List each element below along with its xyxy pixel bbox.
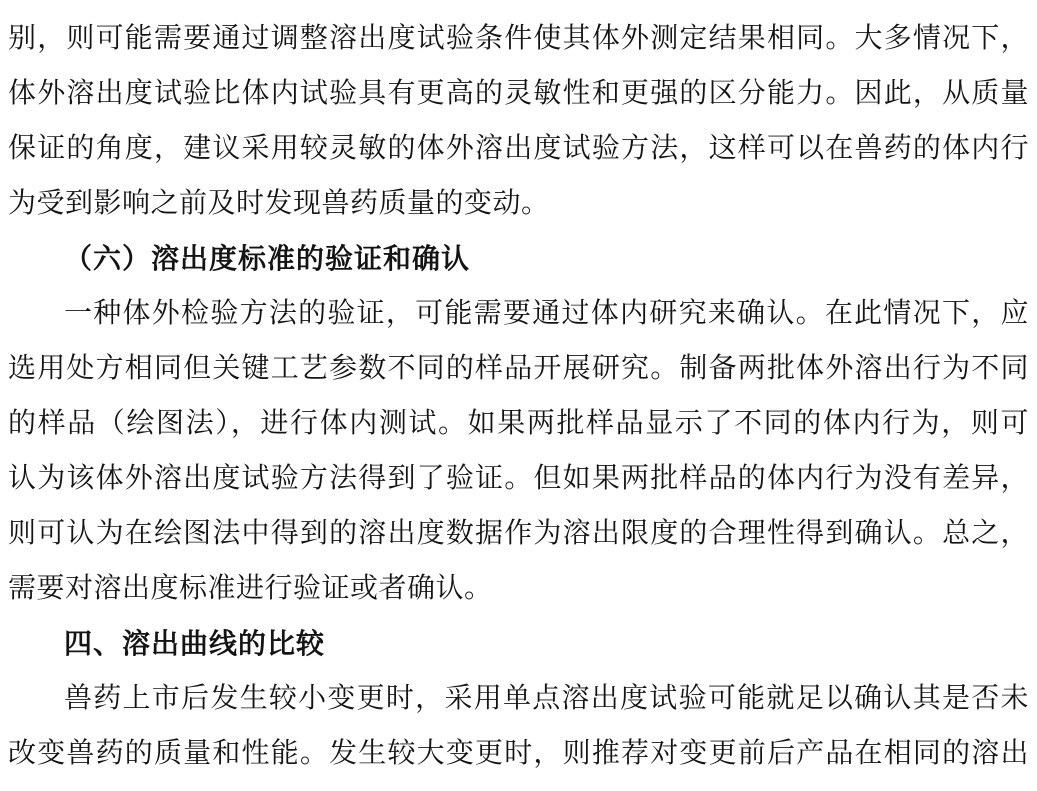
text-line: 需要对溶出度标准进行验证或者确认。 xyxy=(8,561,1029,616)
text-line: 体外溶出度试验比体内试验具有更高的灵敏性和更强的区分能力。因此，从质量 xyxy=(8,66,1029,121)
text-line: 选用处方相同但关键工艺参数不同的样品开展研究。制备两批体外溶出行为不同 xyxy=(8,341,1029,396)
text-line: 兽药上市后发生较小变更时，采用单点溶出度试验可能就足以确认其是否未 xyxy=(8,671,1029,726)
text-line: 别，则可能需要通过调整溶出度试验条件使其体外测定结果相同。大多情况下， xyxy=(8,11,1029,66)
text-line: 改变兽药的质量和性能。发生较大变更时，则推荐对变更前后产品在相同的溶出 xyxy=(8,726,1029,781)
text-line: 为受到影响之前及时发现兽药质量的变动。 xyxy=(8,176,1029,231)
text-line: 认为该体外溶出度试验方法得到了验证。但如果两批样品的体内行为没有差异， xyxy=(8,451,1029,506)
text-line: 保证的角度，建议采用较灵敏的体外溶出度试验方法，这样可以在兽药的体内行 xyxy=(8,121,1029,176)
document-page: 别，则可能需要通过调整溶出度试验条件使其体外测定结果相同。大多情况下， 体外溶出… xyxy=(0,0,1037,791)
section-heading: （六）溶出度标准的验证和确认 xyxy=(8,231,1029,286)
text-line: 的样品（绘图法），进行体内测试。如果两批样品显示了不同的体内行为，则可 xyxy=(8,396,1029,451)
section-heading: 四、溶出曲线的比较 xyxy=(8,616,1029,671)
text-line: 一种体外检验方法的验证，可能需要通过体内研究来确认。在此情况下，应 xyxy=(8,286,1029,341)
text-line: 则可认为在绘图法中得到的溶出度数据作为溶出限度的合理性得到确认。总之， xyxy=(8,506,1029,561)
